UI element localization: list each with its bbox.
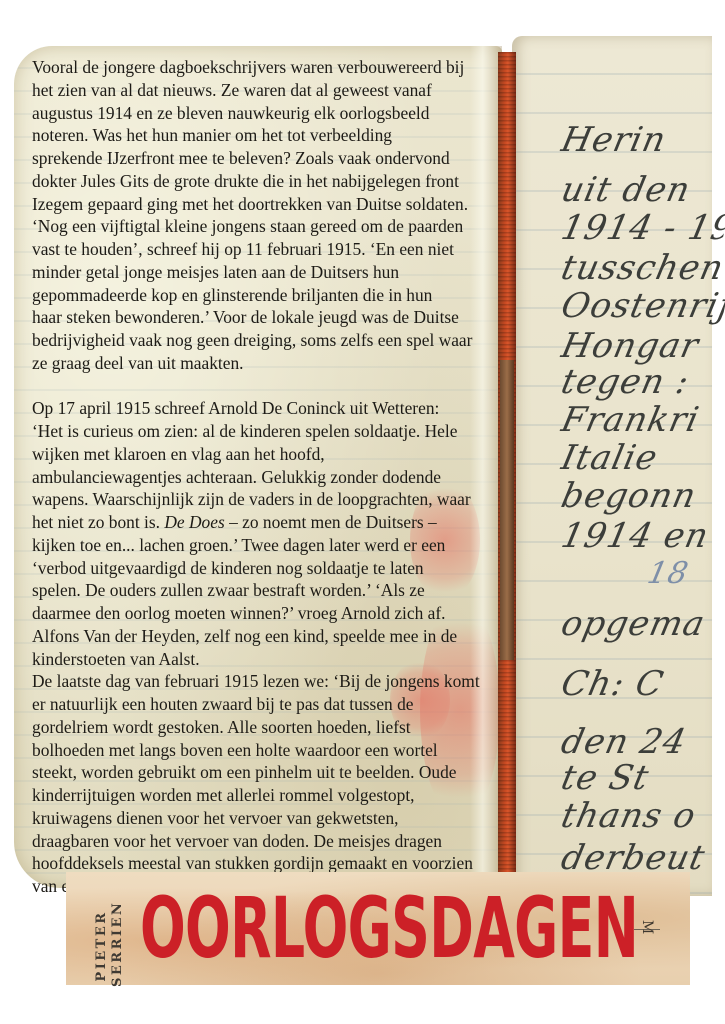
text-line: gepommadeerde kop en glinsterende brilja… [32, 284, 502, 307]
text-line: wapens. Waarschijnlijk zijn de vaders in… [32, 488, 502, 511]
text-line: kinderstoeten van Aalst. [32, 648, 502, 671]
text-line: bolhoeden met langs boven een holte waar… [32, 739, 502, 762]
author-first-name: PIETER [94, 905, 110, 987]
text-line: ‘verbod uitgevaardigd de kinderen nog so… [32, 557, 502, 580]
text-line: bedrijvigheid vaak nog geen dreiging, so… [32, 329, 502, 352]
text-line: haar steken bewonderen.’ Voor de lokale … [32, 306, 502, 329]
text-line: er natuurlijk een houten zwaard bij te p… [32, 693, 502, 716]
handwritten-line: begonn [558, 476, 725, 516]
text-line: vast te houden’, schreef hij op 11 febru… [32, 238, 502, 261]
text-line: steekt, worden gebruikt om een pinhelm u… [32, 761, 502, 784]
text-line: Alfons Van der Heyden, zelf nog een kind… [32, 625, 502, 648]
text-line: draagbaren voor het vervoer van doden. D… [32, 830, 502, 853]
text-line: ‘Nog een vijftigtal kleine jongens staan… [32, 215, 502, 238]
book-spine-worn [500, 360, 514, 660]
text-line: noteren. Was het hun manier om het tot v… [32, 124, 502, 147]
text-line: Izegem gepaard ging met het doortrekken … [32, 193, 502, 216]
text-line: kijken toe en... lachen groen.’ Twee dag… [32, 534, 502, 557]
text-line: ‘Het is curieus om zien: al de kinderen … [32, 420, 502, 443]
text-line: gordelriem wordt gestoken. Alle soorten … [32, 716, 502, 739]
paragraph-gap [32, 375, 502, 398]
text-line: ambulanciewagentjes achteraan. Gelukkig … [32, 466, 502, 489]
paragraph-1: Vooral de jongere dagboekschrijvers ware… [32, 56, 502, 375]
text-line: De laatste dag van februari 1915 lezen w… [32, 670, 502, 693]
handwritten-line: Italie [558, 438, 725, 478]
handwritten-line: Frankri [558, 400, 725, 440]
handwritten-line: Oostenrij [558, 286, 725, 326]
italic-text: De Does [164, 512, 224, 532]
author-name-rotated: PIETER SERRIEN [94, 905, 126, 987]
handwritten-line: Herin [558, 120, 725, 160]
text-line: het zien van al dat nieuws. Ze waren dat… [32, 79, 502, 102]
text-line: kinderrijtuigen worden met allerlei romm… [32, 784, 502, 807]
text-line: sprekende IJzerfront mee te beleven? Zoa… [32, 147, 502, 170]
handwritten-line: Ch: C [558, 664, 725, 704]
handwritten-line: den 24 [558, 722, 725, 762]
handwritten-line: opgema [558, 604, 725, 644]
author-last-name: SERRIEN [110, 905, 126, 987]
handwritten-line: te St [558, 758, 725, 798]
handwritten-line: tusschen [558, 248, 725, 288]
text-run: het niet zo bont is. [32, 512, 164, 532]
handwritten-line: thans o [558, 796, 725, 836]
text-run: – zo noemt men de Duitsers – [225, 512, 437, 532]
text-line: daarmee den oorlog moeten winnen?’ vroeg… [32, 602, 502, 625]
text-line: wijken met klaroen en vlag aan het hoofd… [32, 443, 502, 466]
text-line: het niet zo bont is. De Does – zo noemt … [32, 511, 502, 534]
handwritten-line: Hongar [558, 326, 725, 366]
handwritten-line: 18 [644, 556, 725, 591]
text-line: dokter Jules Gits de grote drukte die in… [32, 170, 502, 193]
text-line: spelen. De ouders zullen zwaar bestraft … [32, 579, 502, 602]
paragraph-2: Op 17 april 1915 schreef Arnold De Conin… [32, 397, 502, 670]
paragraph-3: De laatste dag van februari 1915 lezen w… [32, 670, 502, 898]
handwritten-line: uit den [558, 170, 725, 210]
publisher-logo: M [634, 918, 660, 938]
handwritten-line: 1914 - 19 [558, 208, 725, 248]
text-line: kruiwagens dienen voor het vervoer van g… [32, 807, 502, 830]
text-line: Op 17 april 1915 schreef Arnold De Conin… [32, 397, 502, 420]
book-title: OORLOGSDAGEN [140, 882, 638, 974]
text-line: minder getal jonge meisjes laten aan de … [32, 261, 502, 284]
handwritten-line: tegen : [558, 362, 725, 402]
text-line: augustus 1914 en ze bleven nauwkeurig el… [32, 102, 502, 125]
article-text: Vooral de jongere dagboekschrijvers ware… [32, 56, 502, 898]
text-line: ze graag deel van uit maakten. [32, 352, 502, 375]
handwritten-line: 1914 en [558, 516, 725, 556]
text-line: Vooral de jongere dagboekschrijvers ware… [32, 56, 502, 79]
publisher-m-icon: M [639, 920, 655, 934]
